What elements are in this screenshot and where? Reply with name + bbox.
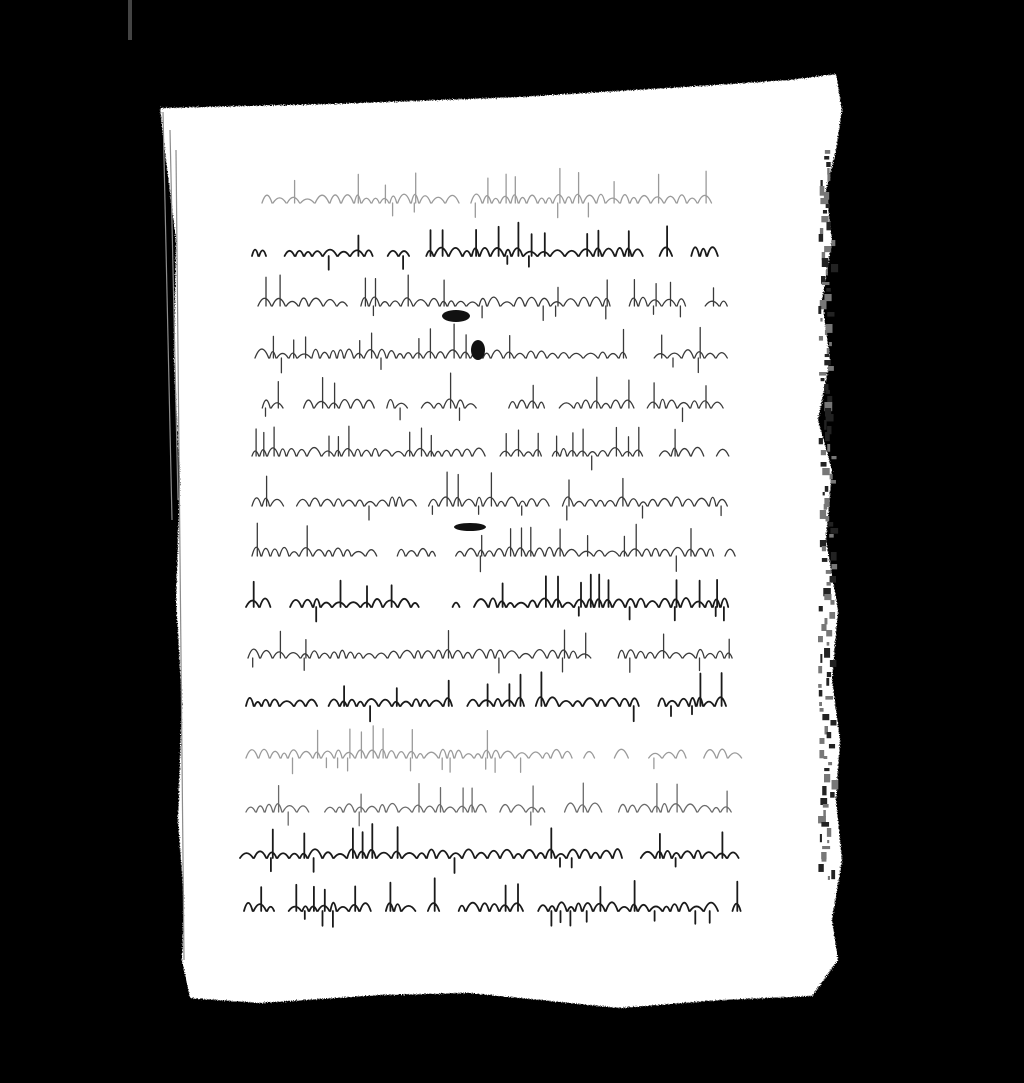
paper [160,74,842,1008]
ink-blot [471,340,485,360]
paper-sheet [0,0,1024,1083]
ink-blot [454,523,486,531]
manuscript-scan: Scan of a handwritten manuscript page in… [0,0,1024,1083]
film-edge-mark [128,0,132,40]
ink-blot [442,310,470,322]
